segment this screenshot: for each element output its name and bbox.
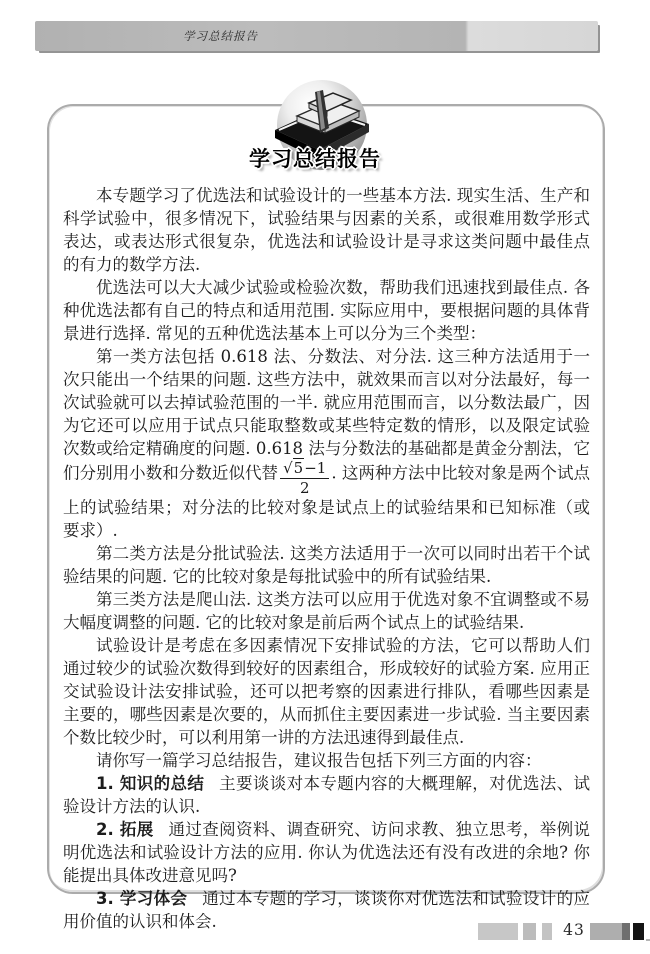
report-item-2-label: 2. 拓展 — [96, 820, 154, 839]
golden-ratio-fraction: √5−12 — [280, 460, 329, 496]
footer-block-medium — [590, 923, 622, 940]
paragraph-intro: 本专题学习了优选法和试验设计的一些基本方法. 现实生活、生产和科学试验中，很多情… — [63, 184, 590, 276]
radical-sign: √ — [283, 459, 293, 477]
report-item-3-label: 3. 学习体会 — [96, 889, 187, 908]
footer-square-black — [633, 923, 644, 940]
paragraph-type1: 第一类方法包括 0.618 法、分数法、对分法. 这三种方法适用于一次只能出一个… — [63, 345, 590, 542]
radicand: 5 — [293, 458, 305, 477]
page-body: 本专题学习了优选法和试验设计的一些基本方法. 现实生活、生产和科学试验中，很多情… — [63, 184, 590, 933]
paragraph-overview: 优选法可以大大减少试验或检验次数，帮助我们迅速找到最佳点. 各种优选法都有自己的… — [63, 276, 590, 345]
report-item-3: 3. 学习体会通过本专题的学习，谈谈你对优选法和试验设计的应用价值的认识和体会. — [63, 887, 590, 933]
paragraph-type3: 第三类方法是爬山法. 这类方法可以应用于优选对象不宜调整或不易大幅度调整的问题.… — [63, 588, 590, 634]
badge-title: 学习总结报告 — [225, 143, 405, 173]
footer-tick-mark — [646, 939, 650, 941]
report-item-1-label: 1. 知识的总结 — [96, 774, 204, 793]
report-item-1: 1. 知识的总结主要谈谈对本专题内容的大概理解，对优选法、试验设计方法的认识. — [63, 772, 590, 818]
paragraph-type2: 第二类方法是分批试验法. 这类方法适用于一次可以同时出若干个试验结果的问题. 它… — [63, 542, 590, 588]
numerator-tail: −1 — [304, 459, 326, 477]
report-item-2: 2. 拓展通过查阅资料、调查研究、访问求教、独立思考，举例说明优选法和试验设计方… — [63, 818, 590, 887]
paragraph-design: 试验设计是考虑在多因素情况下安排试验的方法，它可以帮助人们通过较少的试验次数得到… — [63, 634, 590, 749]
running-header-title: 学习总结报告 — [183, 21, 258, 51]
denominator: 2 — [280, 479, 329, 497]
paragraph-request: 请你写一篇学习总结报告，建议报告包括下列三方面的内容： — [63, 749, 590, 772]
running-header-bar: 学习总结报告 — [35, 21, 598, 51]
footer-square-dark — [622, 923, 630, 940]
